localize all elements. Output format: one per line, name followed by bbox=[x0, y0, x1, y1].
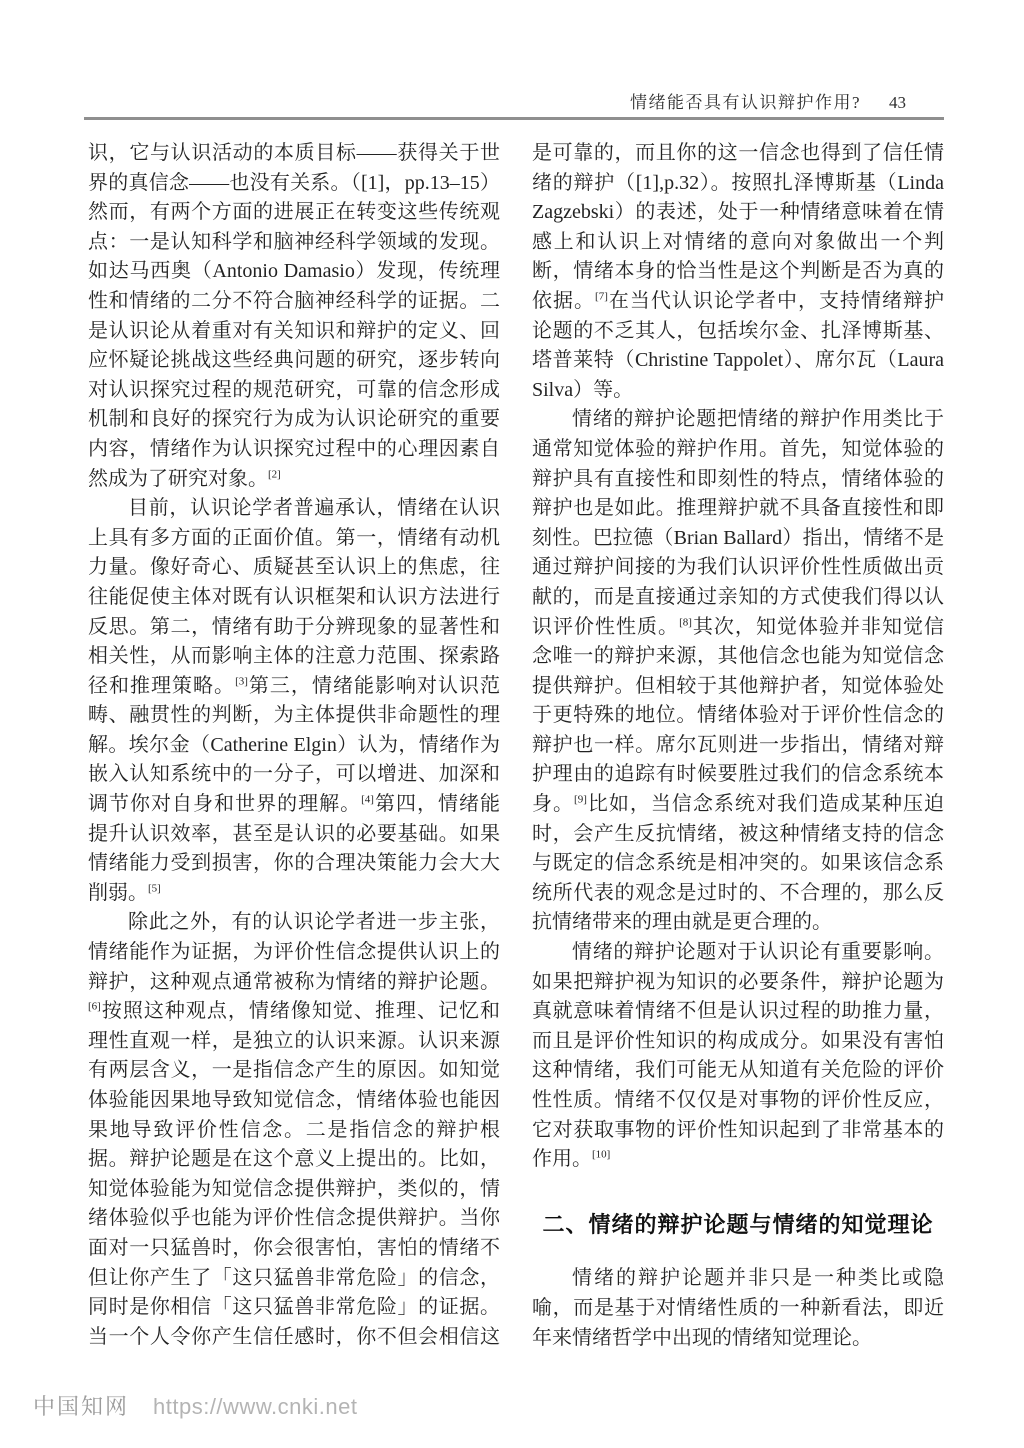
paragraph: 情绪的辩护论题对于认识论有重要影响。如果把辩护视为知识的必要条件，辩护论题为真就… bbox=[532, 938, 944, 1175]
paragraph: 识，它与认识活动的本质目标——获得关于世界的真信念——也没有关系。（[1]，pp… bbox=[88, 139, 500, 494]
page-number: 43 bbox=[889, 93, 906, 113]
cnki-logo-text: 中国知网 bbox=[33, 1390, 129, 1421]
header-rule bbox=[84, 117, 944, 120]
left-column: 识，它与认识活动的本质目标——获得关于世界的真信念——也没有关系。（[1]，pp… bbox=[88, 139, 500, 1355]
article-body: 识，它与认识活动的本质目标——获得关于世界的真信念——也没有关系。（[1]，pp… bbox=[88, 139, 944, 1355]
paragraph: 情绪的辩护论题把情绪的辩护作用类比于通常知觉体验的辩护作用。首先，知觉体验的辩护… bbox=[532, 405, 944, 938]
paragraph: 目前，认识论学者普遍承认，情绪在认识上具有多方面的正面价值。第一，情绪有动机力量… bbox=[88, 494, 500, 908]
running-title: 情绪能否具有认识辩护作用? bbox=[630, 93, 861, 112]
watermark-footer: 中国知网 https://www.cnki.net bbox=[33, 1390, 357, 1421]
paragraph: 除此之外，有的认识论学者进一步主张，情绪能作为证据，为评价性信念提供认识上的辩护… bbox=[88, 908, 500, 1355]
right-column: 是可靠的，而且你的这一信念也得到了信任情绪的辩护（[1],p.32）。按照扎泽博… bbox=[532, 139, 944, 1355]
cnki-url: https://www.cnki.net bbox=[153, 1394, 357, 1420]
paragraph: 是可靠的，而且你的这一信念也得到了信任情绪的辩护（[1],p.32）。按照扎泽博… bbox=[532, 139, 944, 405]
paragraph: 情绪的辩护论题并非只是一种类比或隐喻，而是基于对情绪性质的一种新看法，即近年来情… bbox=[532, 1264, 944, 1353]
page-header: 情绪能否具有认识辩护作用?43 bbox=[84, 88, 940, 113]
section-heading: 二、情绪的辩护论题与情绪的知觉理论 bbox=[532, 1210, 944, 1240]
